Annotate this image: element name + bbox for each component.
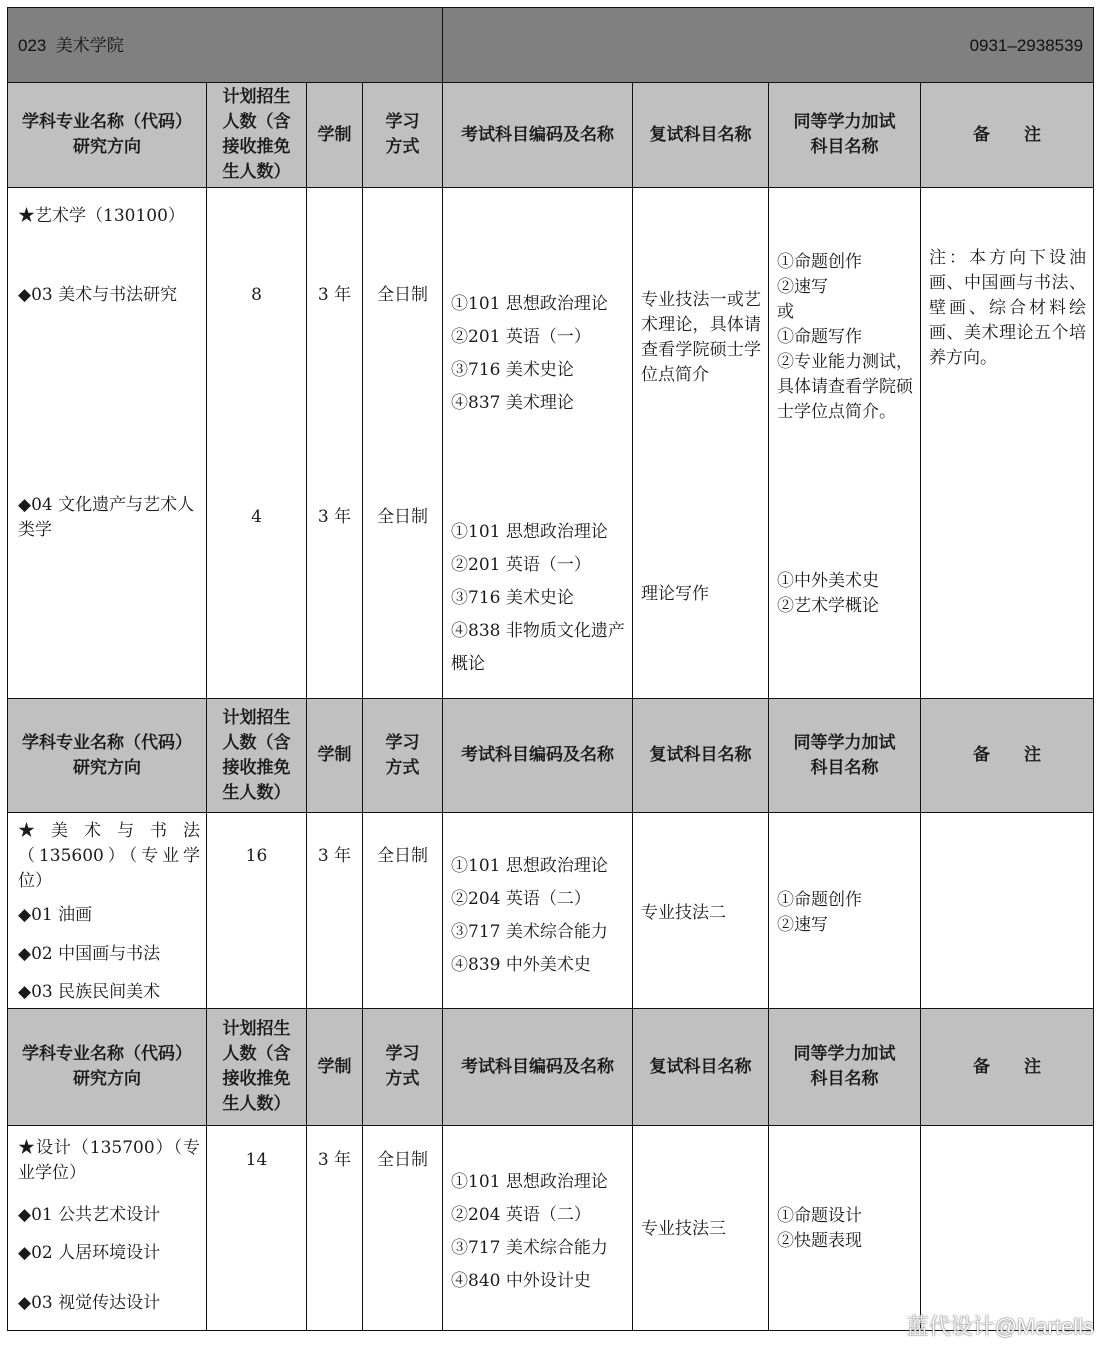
header-extra: 同等学力加试 科目名称 [769,699,921,813]
extra-item: ①命题设计 [777,1204,862,1229]
major-title: ★ 美 术 与 书 法（135600）（专业学位） [18,819,200,894]
exam-item: ②204 英语（二） [451,1199,608,1232]
extra-item: ①命题创作 [777,888,862,913]
header-quota: 计划招生 人数（含 接收推免 生人数） [207,699,307,813]
department-name: 023 美术学院 [18,36,124,55]
header-exam: 考试科目编码及名称 [443,83,633,188]
extra-item: ②专业能力测试，具体请查看学院硕士学位点简介。 [777,350,913,425]
exam-item: ①101 思想政治理论 [451,516,627,549]
header-quota: 计划招生 人数（含 接收推免 生人数） [207,83,307,188]
watermark: 蓝代设计@Martells [907,1310,1094,1341]
exam-item: ①101 思想政治理论 [451,288,608,321]
extra-item: ②艺术学概论 [777,594,879,619]
header-mode: 学习 方式 [363,83,443,188]
extra-subjects: ①命题创作 ②速写 或 ①命题写作 ②专业能力测试，具体请查看学院硕士学位点简介… [777,250,913,425]
header-duration: 学制 [307,83,363,188]
exam-list: ①101 思想政治理论 ②201 英语（一） ③716 美术史论 ④837 美术… [451,288,608,420]
header-major: 学科专业名称（代码） 研究方向 [8,699,207,813]
major-title: ★设计（135700）（专业学位） [18,1136,200,1186]
quota-value: 4 [207,505,306,530]
column-header-row: 学科专业名称（代码） 研究方向 计划招生 人数（含 接收推免 生人数） 学制 学… [8,699,1094,813]
header-mode: 学习 方式 [363,1009,443,1126]
extra-item: ②速写 [777,913,862,938]
mode-value: 全日制 [363,844,442,869]
header-note: 备 注 [921,1009,1094,1126]
admissions-table: 023 美术学院 0931–2938539 学科专业名称（代码） 研究方向 计划… [7,7,1093,1331]
header-note: 备 注 [921,83,1094,188]
header-retest: 复试科目名称 [633,699,769,813]
direction-name: ◆02 中国画与书法 [18,942,160,967]
duration-value: 3 年 [307,1148,362,1173]
exam-item: ④837 美术理论 [451,387,608,420]
department-title-row: 023 美术学院 0931–2938539 [8,8,1094,83]
exam-item: ①101 思想政治理论 [451,850,608,883]
header-exam: 考试科目编码及名称 [443,1009,633,1126]
header-extra: 同等学力加试 科目名称 [769,1009,921,1126]
direction-name: ◆03 美术与书法研究 [18,283,200,308]
exam-item: ②201 英语（一） [451,549,627,582]
mode-value: 全日制 [363,505,442,530]
retest-subject: 专业技法一或艺术理论，具体请查看学院硕士学位点简介 [641,288,761,388]
direction-name: ◆02 人居环境设计 [18,1241,160,1266]
mode-value: 全日制 [363,1148,442,1173]
section-art-studies: ★艺术学（130100） ◆03 美术与书法研究 ◆04 文化遗产与艺术人类学 … [8,188,1094,699]
column-header-row: 学科专业名称（代码） 研究方向 计划招生 人数（含 接收推免 生人数） 学制 学… [8,1009,1094,1126]
exam-item: ②201 英语（一） [451,321,608,354]
direction-name: ◆03 视觉传达设计 [18,1291,160,1316]
department-phone: 0931–2938539 [970,36,1083,55]
exam-list: ①101 思想政治理论 ②201 英语（一） ③716 美术史论 ④838 非物… [451,516,627,681]
section-fine-arts-calligraphy: ★ 美 术 与 书 法（135600）（专业学位） ◆01 油画 ◆02 中国画… [8,813,1094,1009]
direction-name: ◆03 民族民间美术 [18,980,160,1005]
extra-subjects: ①命题设计 ②快题表现 [777,1204,862,1254]
header-retest: 复试科目名称 [633,83,769,188]
extra-subjects: ①命题创作 ②速写 [777,888,862,938]
header-major: 学科专业名称（代码） 研究方向 [8,83,207,188]
duration-value: 3 年 [307,505,362,530]
exam-item: ③717 美术综合能力 [451,916,608,949]
quota-value: 16 [207,844,306,869]
extra-item: ②快题表现 [777,1229,862,1254]
header-major: 学科专业名称（代码） 研究方向 [8,1009,207,1126]
direction-name: ◆04 文化遗产与艺术人类学 [18,493,200,543]
exam-item: ③716 美术史论 [451,582,627,615]
exam-list: ①101 思想政治理论 ②204 英语（二） ③717 美术综合能力 ④840 … [451,1166,608,1298]
exam-item: ④839 中外美术史 [451,949,608,982]
duration-value: 3 年 [307,844,362,869]
quota-value: 14 [207,1148,306,1173]
header-mode: 学习 方式 [363,699,443,813]
header-duration: 学制 [307,1009,363,1126]
exam-list: ①101 思想政治理论 ②204 英语（二） ③717 美术综合能力 ④839 … [451,850,608,982]
retest-subject: 理论写作 [641,582,709,607]
exam-item: ①101 思想政治理论 [451,1166,608,1199]
retest-subject: 专业技法二 [641,901,726,926]
quota-value: 8 [207,283,306,308]
header-quota: 计划招生 人数（含 接收推免 生人数） [207,1009,307,1126]
extra-item: 或 [777,300,913,325]
extra-subjects: ①中外美术史 ②艺术学概论 [777,569,879,619]
direction-name: ◆01 油画 [18,903,92,928]
direction-name: ◆01 公共艺术设计 [18,1203,160,1228]
exam-item: ③717 美术综合能力 [451,1232,608,1265]
major-title: ★艺术学（130100） [18,204,185,229]
exam-item: ④840 中外设计史 [451,1265,608,1298]
header-retest: 复试科目名称 [633,1009,769,1126]
note-text: 注：本方向下设油画、中国画与书法、壁画、综合材料绘画、美术理论五个培养方向。 [929,246,1086,371]
header-note: 备 注 [921,699,1094,813]
exam-item: ③716 美术史论 [451,354,608,387]
mode-value: 全日制 [363,283,442,308]
exam-item: ④838 非物质文化遗产概论 [451,615,627,681]
extra-item: ②速写 [777,275,913,300]
header-extra: 同等学力加试 科目名称 [769,83,921,188]
header-exam: 考试科目编码及名称 [443,699,633,813]
extra-item: ①命题创作 [777,250,913,275]
exam-item: ②204 英语（二） [451,883,608,916]
section-design: ★设计（135700）（专业学位） ◆01 公共艺术设计 ◆02 人居环境设计 … [8,1126,1094,1331]
column-header-row: 学科专业名称（代码） 研究方向 计划招生 人数（含 接收推免 生人数） 学制 学… [8,83,1094,188]
retest-subject: 专业技法三 [641,1217,726,1242]
header-duration: 学制 [307,699,363,813]
extra-item: ①命题写作 [777,325,913,350]
duration-value: 3 年 [307,283,362,308]
extra-item: ①中外美术史 [777,569,879,594]
